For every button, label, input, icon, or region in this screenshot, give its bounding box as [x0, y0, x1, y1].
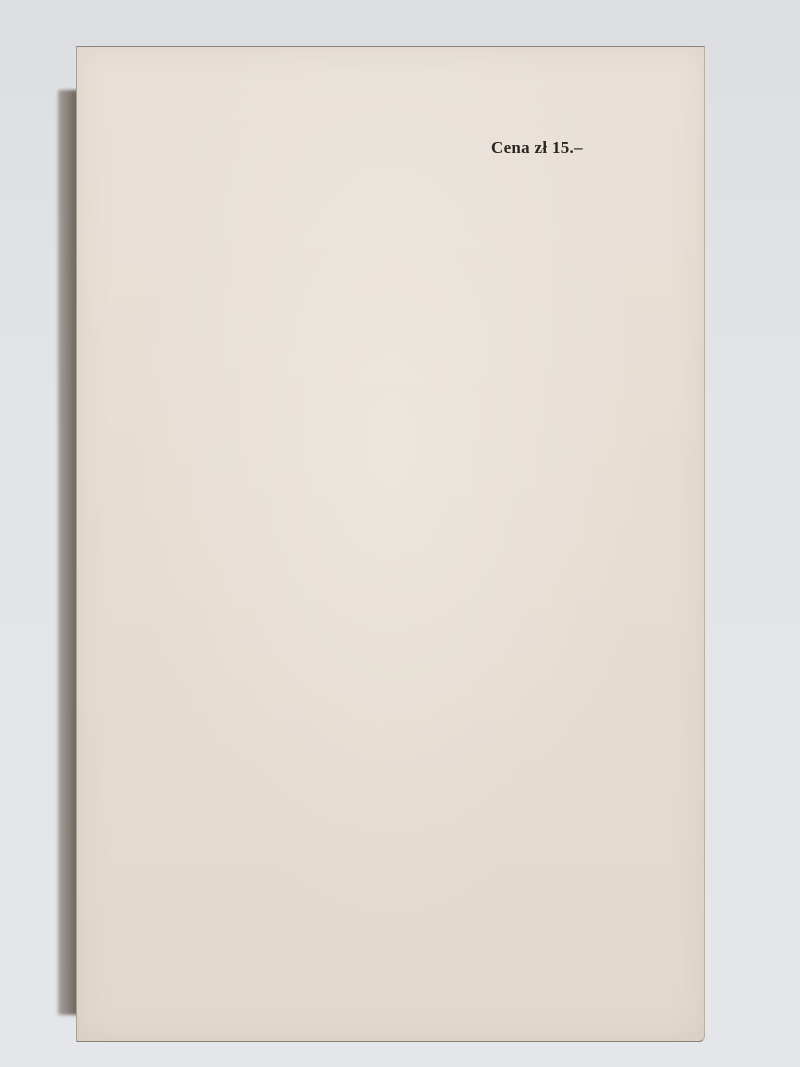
book-back-cover — [76, 46, 705, 1042]
price-label: Cena zł 15.– — [491, 138, 583, 158]
